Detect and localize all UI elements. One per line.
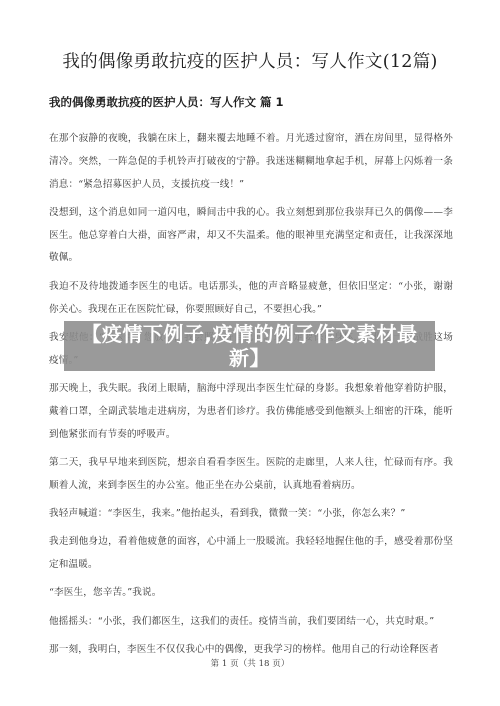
paragraph: 我迫不及待地拨通李医生的电话。电话那头，他的声音略显疲惫，但依旧坚定：“小张，谢…	[49, 276, 453, 322]
paragraph: 我轻声喊道：“李医生，我来。”他抬起头，看到我，微微一笑：“小张，你怎么来？”	[49, 503, 453, 526]
document-page: 我的偶像勇敢抗疫的医护人员：写人作文(12篇) 我的偶像勇敢抗疫的医护人员：写人…	[0, 0, 500, 706]
paragraph: 他摇摇头：“小张，我们都医生，这我们的责任。疫情当前，我们要团结一心，共克时艰。…	[49, 611, 453, 634]
paragraph: 我走到他身边，看着他疲惫的面容，心中涌上一股暖流。我轻轻地握住他的手，感受着那份…	[49, 531, 453, 577]
paragraph: 第二天，我早早地来到医院，想亲自看看李医生。医院的走廊里，人来人往，忙碌而有序。…	[49, 452, 453, 498]
essay-body: 在那个寂静的夜晚，我躺在床上，翻来覆去地睡不着。月光透过窗帘，洒在房间里，显得格…	[49, 128, 453, 667]
paragraph: “李医生，您辛苦。”我说。	[49, 582, 453, 605]
overlay-title: 【疫情下例子,疫情的例子作文素材最新】	[70, 322, 430, 370]
paragraph: 没想到，这个消息如同一道闪电，瞬间击中我的心。我立刻想到那位我崇拜已久的偶像——…	[49, 202, 453, 270]
section-title: 我的偶像勇敢抗疫的医护人员：写人作文 篇 1	[49, 94, 284, 110]
page-number: 第 1 页（共 18 页）	[0, 657, 500, 669]
title-overlay-banner: 【疫情下例子,疫情的例子作文素材最新】	[64, 321, 435, 371]
paragraph: 在那个寂静的夜晚，我躺在床上，翻来覆去地睡不着。月光透过窗帘，洒在房间里，显得格…	[49, 128, 453, 196]
document-title: 我的偶像勇敢抗疫的医护人员：写人作文(12篇)	[0, 48, 500, 73]
paragraph: 那天晚上，我失眠。我闭上眼睛，脑海中浮现出李医生忙碌的身影。我想象着他穿着防护服…	[49, 378, 453, 446]
